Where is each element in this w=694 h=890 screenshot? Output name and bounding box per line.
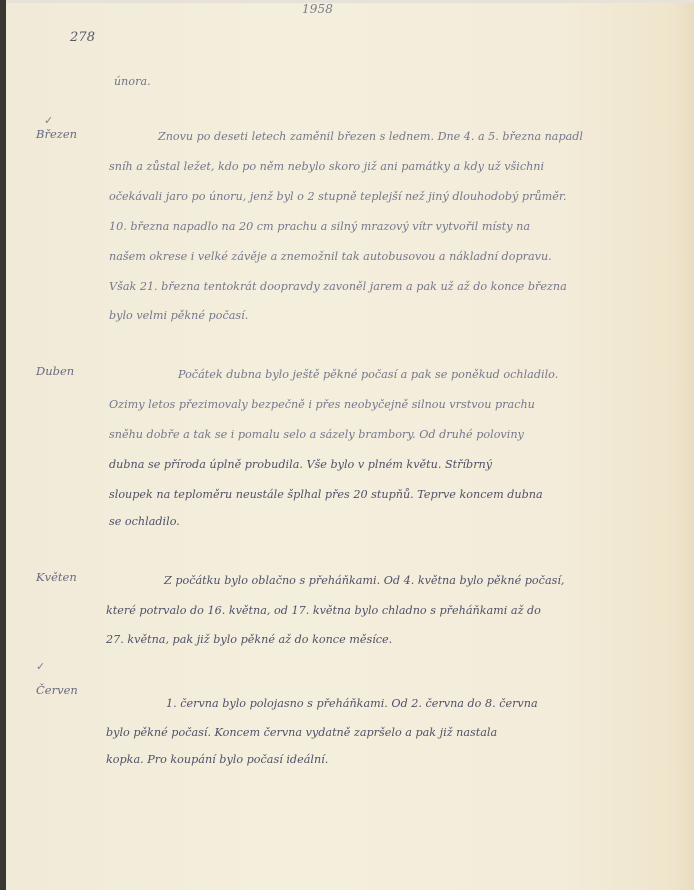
- text-line: sníh a zůstal ležet, kdo po něm nebylo s…: [109, 160, 544, 173]
- page-year: 1958: [302, 2, 333, 16]
- check-mark-icon: ✓: [36, 660, 45, 673]
- text-line: bylo velmi pěkné počasí.: [109, 309, 248, 322]
- text-line: 27. května, pak již bylo pěkné až do kon…: [106, 633, 392, 646]
- month-label-kveten: Květen: [36, 570, 77, 584]
- chronicle-page: 1958 278 února. ✓ Březen Znovu po deseti…: [6, 0, 694, 890]
- text-line: sloupek na teploměru neustále šplhal pře…: [109, 488, 543, 501]
- text-line: našem okrese i velké závěje a znemožnil …: [109, 250, 552, 263]
- text-line: Z počátku bylo oblačno s přeháňkami. Od …: [164, 574, 564, 587]
- text-line: kopka. Pro koupání bylo počasí ideální.: [106, 753, 328, 766]
- text-line: Však 21. března tentokrát doopravdy zavo…: [109, 280, 567, 293]
- text-line: Znovu po deseti letech zaměnil březen s …: [158, 130, 656, 143]
- text-line: 1. června bylo polojasno s přeháňkami. O…: [166, 697, 538, 710]
- text-line: sněhu dobře a tak se i pomalu selo a sáz…: [109, 428, 524, 441]
- text-line: se ochladilo.: [109, 515, 180, 528]
- month-label-duben: Duben: [36, 364, 74, 378]
- text-line: Počátek dubna bylo ještě pěkné počasí a …: [178, 368, 558, 381]
- text-line: očekávali jaro po únoru, jenž byl o 2 st…: [109, 190, 567, 203]
- check-mark-icon: ✓: [44, 114, 53, 127]
- month-label-brezen: Březen: [36, 127, 77, 141]
- opening-fragment: února.: [114, 75, 151, 88]
- text-line: 10. března napadlo na 20 cm prachu a sil…: [109, 220, 530, 233]
- text-line: bylo pěkné počasí. Koncem června vydatně…: [106, 726, 497, 739]
- month-label-cerven: Červen: [36, 683, 78, 697]
- page-number: 278: [70, 30, 95, 45]
- text-line: Ozimy letos přezimovaly bezpečně i přes …: [109, 398, 535, 411]
- text-line: které potrvalo do 16. května, od 17. kvě…: [106, 604, 541, 617]
- text-line: dubna se příroda úplně probudila. Vše by…: [109, 458, 492, 471]
